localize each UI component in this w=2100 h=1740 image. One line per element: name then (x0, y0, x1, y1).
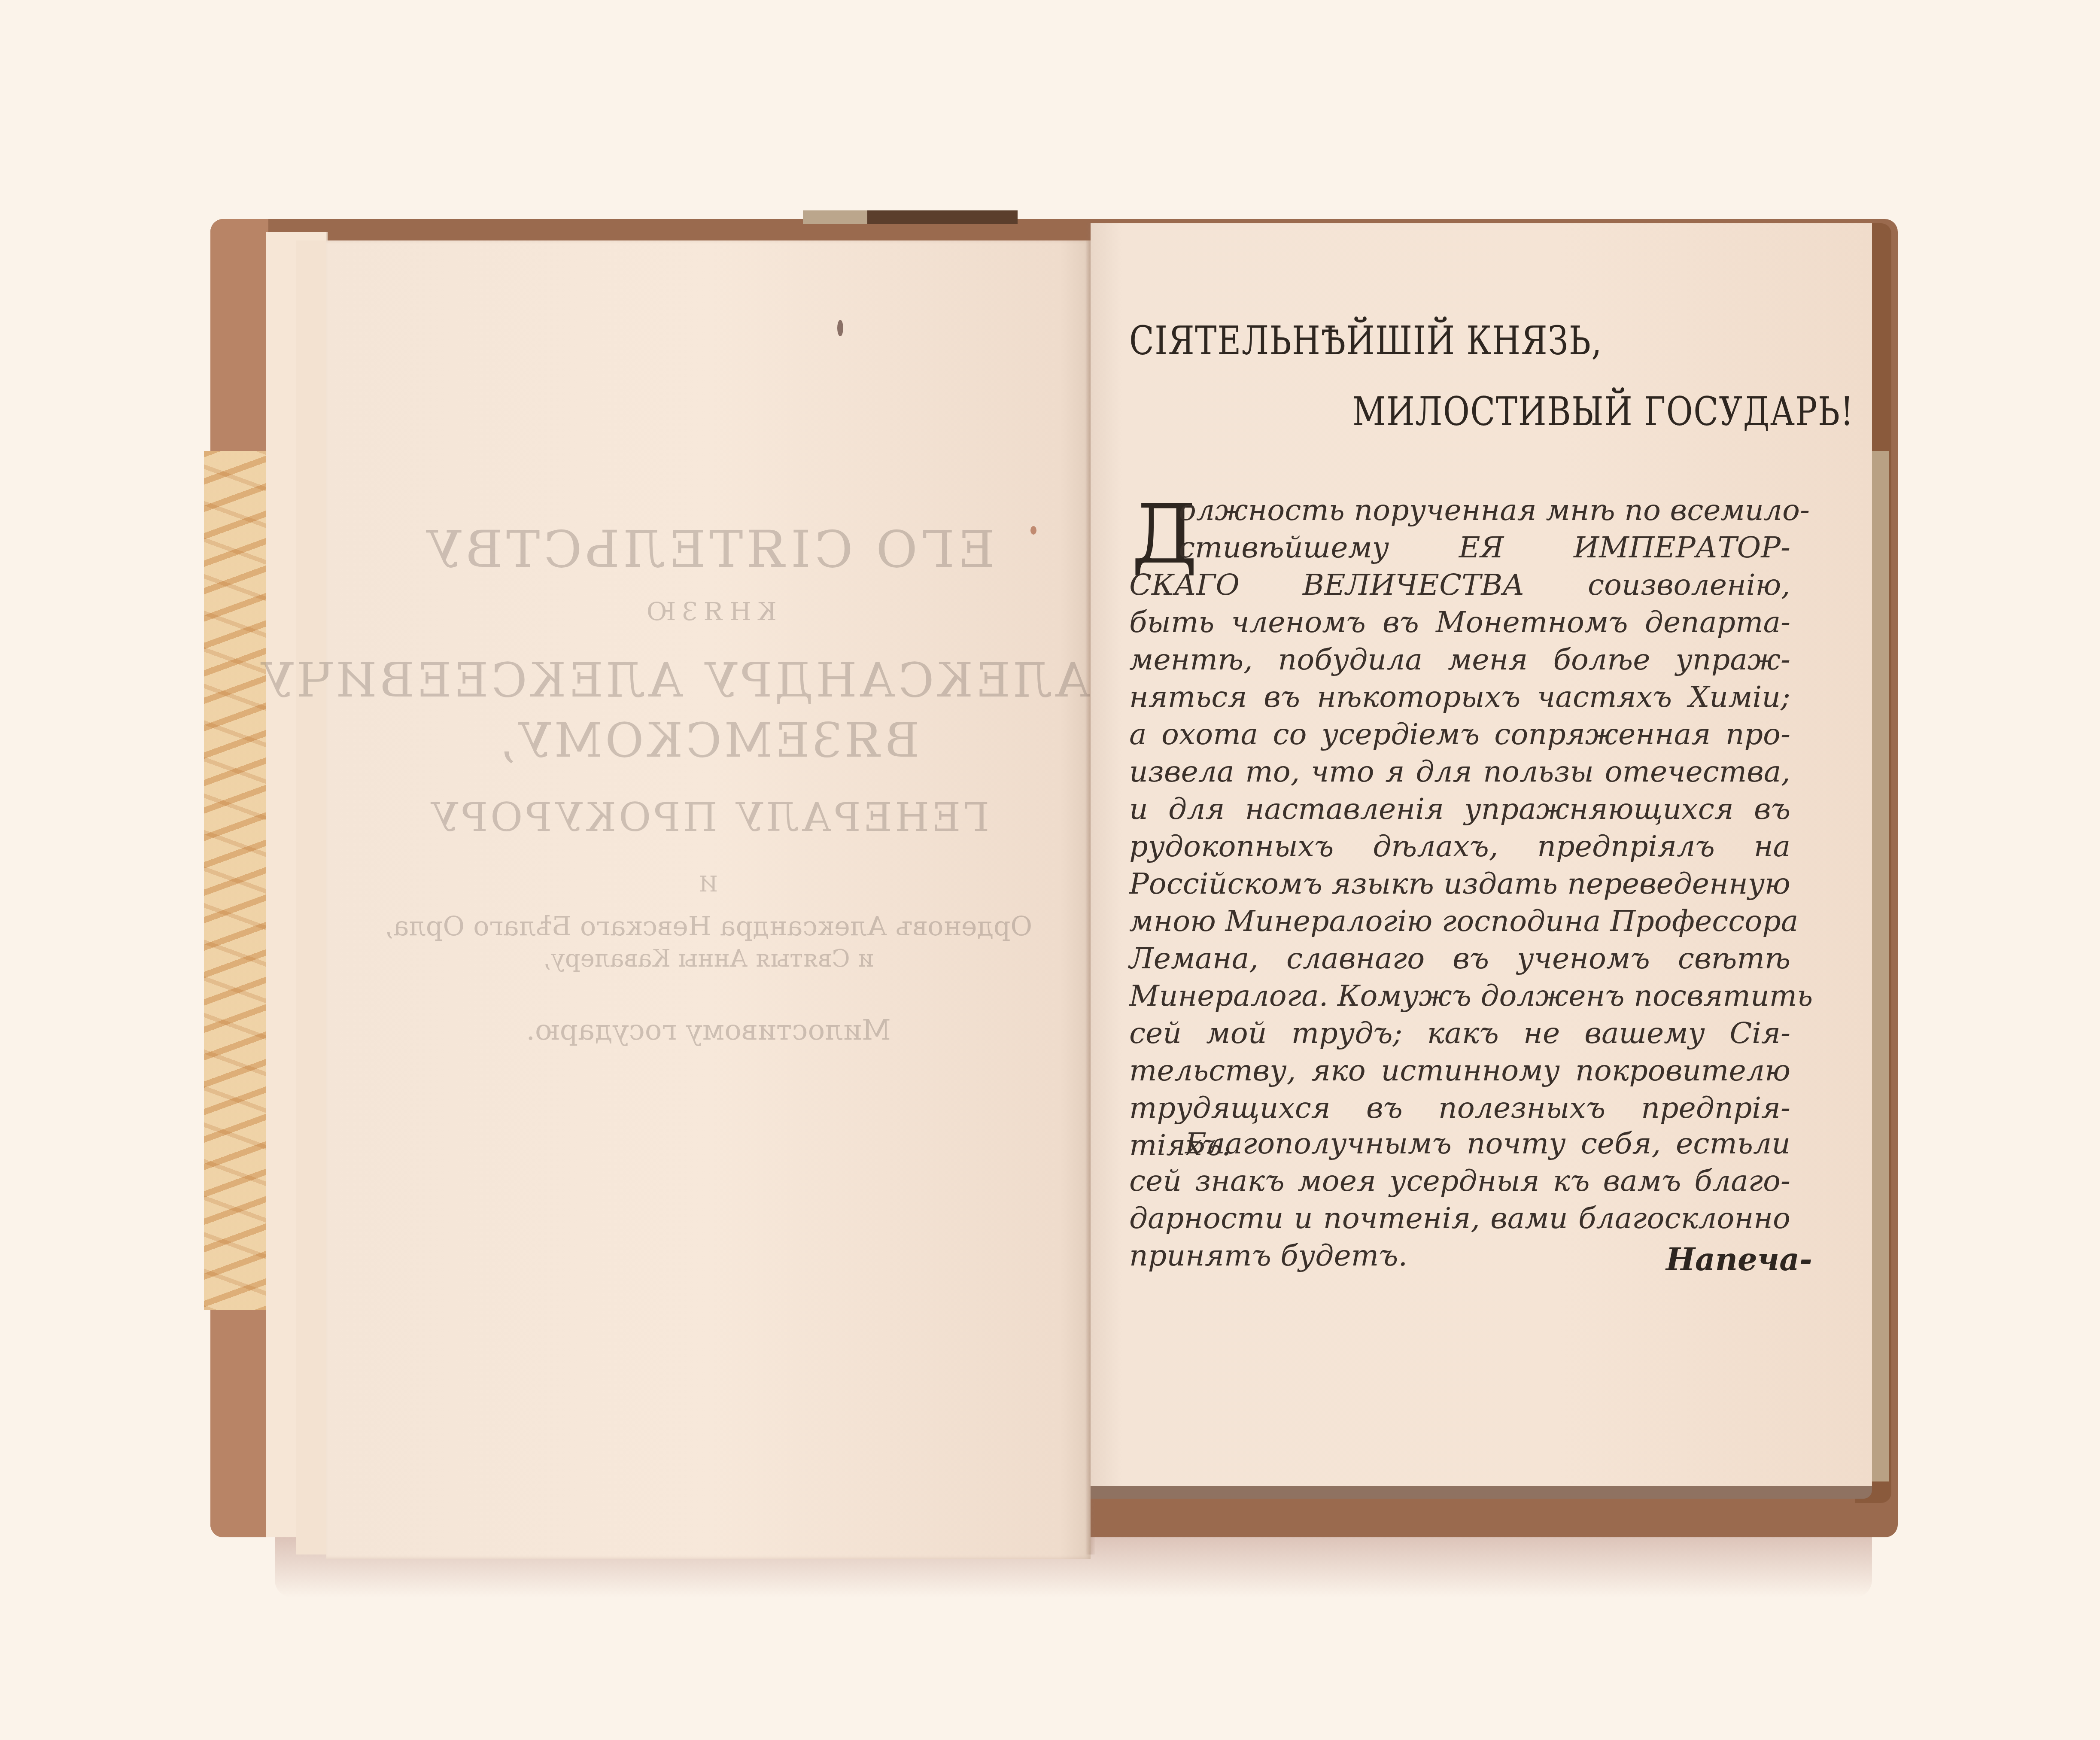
paragraph-1: олжность порученная мнѣ по всемило- стив… (1129, 492, 1790, 1164)
ghost-line-2: КНЯЗЮ (326, 597, 1091, 626)
salutation-line-2: МИЛОСТИВЫЙ ГОСУДАРЬ! (1352, 389, 1854, 435)
text-line: сей знакъ моея усердныя къ вамъ благо- (1129, 1162, 1790, 1200)
ghost-line-4: ВЯЗЕМСКОМУ, (326, 713, 1091, 768)
text-line: дарности и почтенія, вами благосклонно (1129, 1200, 1790, 1237)
text-line: Благополучнымъ почту себя, естьли (1129, 1125, 1790, 1162)
marbled-board-left (204, 451, 268, 1310)
text-line: рудокопныхъ дѣлахъ, предпріялъ на (1129, 828, 1790, 865)
ghost-line-5: ГЕНЕРАЛУ ПРОКУРОРУ (326, 794, 1091, 840)
text-line: мною Минералогію господина Профессора (1129, 903, 1790, 940)
text-line: СКАГО ВЕЛИЧЕСТВА соизволенію, (1129, 566, 1790, 604)
salutation-line-1: СІЯТЕЛЬНѢЙШІЙ КНЯЗЬ, (1129, 318, 1602, 364)
ghost-line-3: АЛЕКСАНДРУ АЛЕКСЕЕВИЧУ (326, 653, 1091, 708)
text-line: тельству, яко истинному покровителю (1129, 1052, 1790, 1089)
ghost-line-6: И (326, 872, 1091, 897)
text-line: Минералога. Комужъ долженъ посвятить (1129, 977, 1790, 1015)
text-line: Лемана, славнаго въ ученомъ свѣтѣ (1129, 940, 1790, 977)
ghost-line-1: ЕГО СІЯТЕЛЬСТВУ (326, 520, 1091, 579)
text-line: стивѣйшему ЕЯ ИМПЕРАТОР- (1129, 529, 1790, 566)
ink-spot (837, 320, 843, 336)
text-line: извела то, что я для пользы отечества, (1129, 753, 1790, 791)
foxing-spot (1030, 526, 1036, 535)
ghost-line-7: Орденовъ Александра Невскаго Бѣлаго Орла… (326, 910, 1091, 942)
bottom-board-edge (1091, 1486, 1872, 1499)
text-line: трудящихся въ полезныхъ предпрія- (1129, 1089, 1790, 1127)
text-line: а охота со усердіемъ сопряженная про- (1129, 716, 1790, 753)
text-line: Россійскомъ языкѣ издать переведенную (1129, 865, 1790, 903)
left-page: ЕГО СІЯТЕЛЬСТВУ КНЯЗЮ АЛЕКСАНДРУ АЛЕКСЕЕ… (326, 240, 1091, 1559)
text-line: няться въ нѣкоторыхъ частяхъ Химіи; (1129, 678, 1790, 716)
text-line: быть членомъ въ Монетномъ департа- (1129, 604, 1790, 641)
text-line: олжность порученная мнѣ по всемило- (1129, 492, 1790, 529)
text-line: ментѣ, побудила меня болѣе упраж- (1129, 641, 1790, 678)
ghost-line-9: Милостивому государю. (326, 1013, 1091, 1046)
text-line: и для наставленія упражняющихся въ (1129, 791, 1790, 828)
ghost-line-8: и Святыя Анны Кавалеру, (326, 945, 1091, 973)
spine-headcap (803, 210, 1018, 224)
catchword: Напеча- (1666, 1241, 1812, 1278)
text-line: сей мой трудъ; какъ не вашему Сія- (1129, 1015, 1790, 1052)
